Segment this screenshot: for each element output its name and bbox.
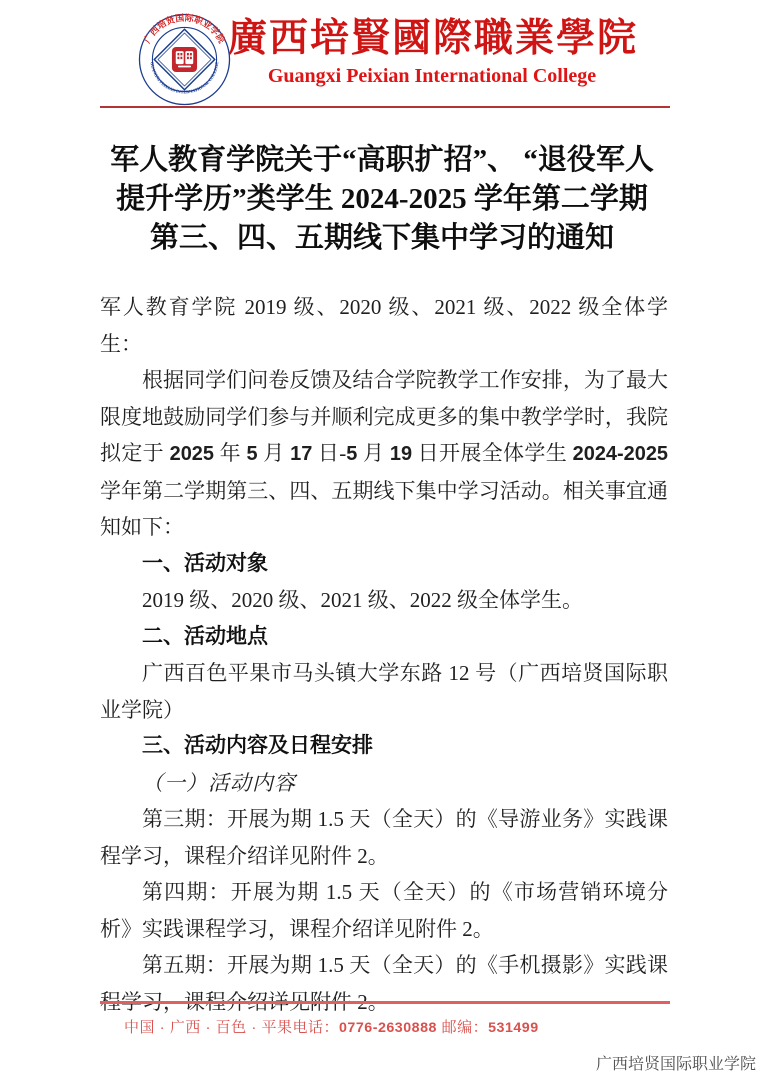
document-body: 军人教育学院 2019 级、2020 级、2021 级、2022 级全体学生：根… [100,289,668,1020]
college-name-zh: 廣西培賢國際職業學院 [228,17,636,61]
session-3-paragraph: 第三期：开展为期 1.5 天（全天）的《导游业务》实践课程学习，课程介绍详见附件… [100,801,668,874]
title-line: 军人教育学院关于“高职扩招”、 “退役军人 [92,141,672,180]
intro-paragraph: 根据同学们问卷反馈及结合学院教学工作安排，为了最大限度地鼓励同学们参与并顺利完成… [100,362,668,546]
college-logo-icon: 广西培贤国际职业学院 GUANGXI PEIXIAN INTERNATIONAL… [138,13,231,106]
book-icon [172,47,197,72]
title-line: 第三、四、五期线下集中学习的通知 [92,219,672,258]
college-name-en: Guangxi Peixian International College [228,64,636,88]
footer-contact: 中国 · 广西 · 百色 · 平果电话：0776-2630888 邮编：5314… [124,1018,539,1038]
footer-divider [100,1001,670,1004]
session-5-paragraph: 第五期：开展为期 1.5 天（全天）的《手机摄影》实践课程学习，课程介绍详见附件… [100,947,668,1020]
section-1-content: 2019 级、2020 级、2021 级、2022 级全体学生。 [100,582,668,619]
letterhead: 广西培贤国际职业学院 GUANGXI PEIXIAN INTERNATIONAL… [0,0,764,110]
section-heading-1: 一、活动对象 [100,546,668,583]
title-line: 提升学历”类学生 2024-2025 学年第二学期 [92,180,672,219]
section-2-content: 广西百色平果市马头镇大学东路 12 号（广西培贤国际职业学院） [100,655,668,728]
document-title: 军人教育学院关于“高职扩招”、 “退役军人提升学历”类学生 2024-2025 … [92,141,672,258]
notice-document-page: 广西培贤国际职业学院 GUANGXI PEIXIAN INTERNATIONAL… [0,0,764,1080]
header-divider [100,106,670,108]
watermark-college-name: 广西培贤国际职业学院 [596,1051,756,1074]
salutation: 军人教育学院 2019 级、2020 级、2021 级、2022 级全体学生： [100,289,668,362]
letterhead-text: 廣西培賢國際職業學院 Guangxi Peixian International… [228,17,636,88]
section-heading-3: 三、活动内容及日程安排 [100,728,668,765]
session-4-paragraph: 第四期：开展为期 1.5 天（全天）的《市场营销环境分析》实践课程学习，课程介绍… [100,874,668,947]
section-heading-2: 二、活动地点 [100,619,668,656]
subsection-heading: （一）活动内容 [100,765,668,802]
